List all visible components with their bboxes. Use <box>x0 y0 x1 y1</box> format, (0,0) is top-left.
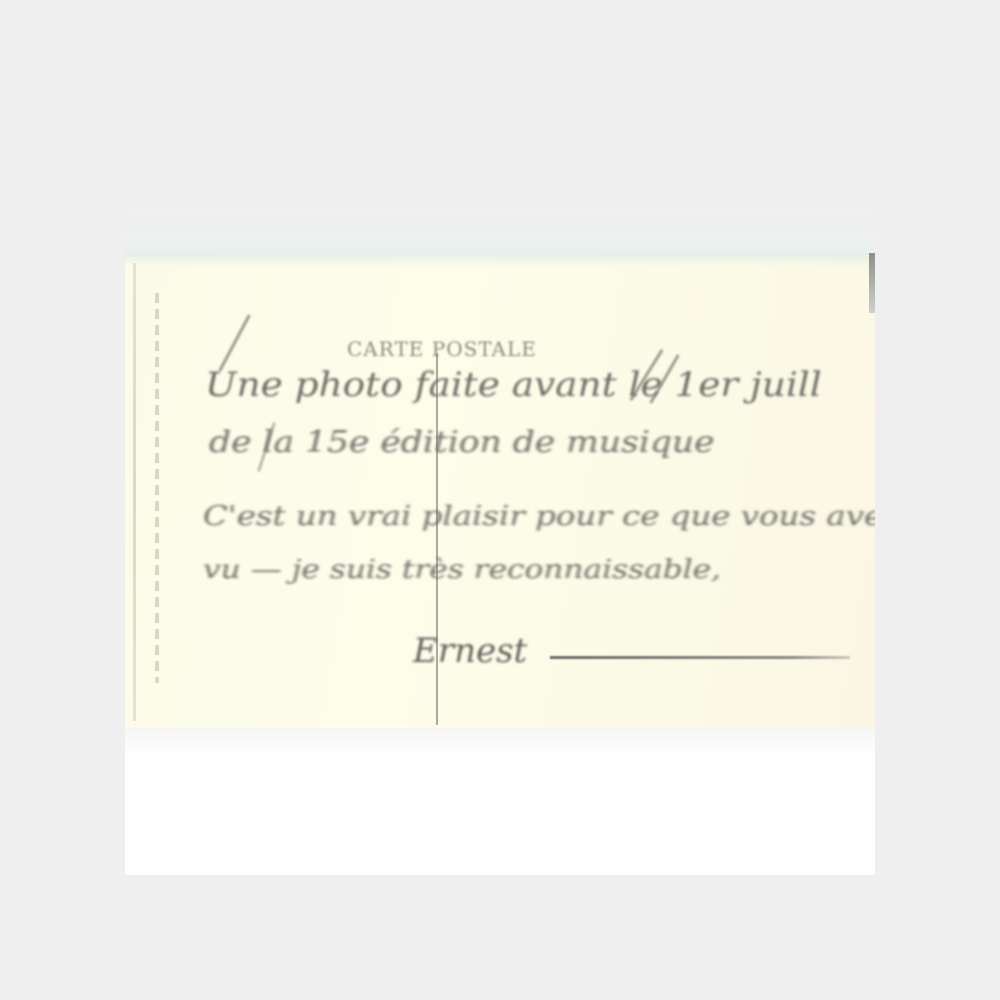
image-bottom-margin <box>125 728 875 758</box>
postcard-back: CARTE POSTALE Une photo faite avant le 1… <box>125 253 875 728</box>
product-image-frame[interactable]: CARTE POSTALE Une photo faite avant le 1… <box>125 205 875 875</box>
card-side-printed-text <box>155 293 159 683</box>
card-top-edge <box>125 253 875 267</box>
handwriting-line: Une photo faite avant le 1er juill <box>205 365 822 405</box>
signature-underline <box>550 656 850 659</box>
handwriting-line: vu — je suis très reconnaissable, <box>203 555 721 585</box>
image-top-margin <box>125 205 875 253</box>
pen-stroke <box>218 314 251 372</box>
printed-header: CARTE POSTALE <box>347 337 537 361</box>
card-right-edge-shadow <box>869 253 875 313</box>
handwriting-line: de la 15e édition de musique <box>209 425 715 460</box>
handwriting-line: C'est un vrai plaisir pour ce que vous a… <box>203 501 875 532</box>
signature: Ernest <box>413 631 527 671</box>
card-left-border <box>133 263 136 721</box>
